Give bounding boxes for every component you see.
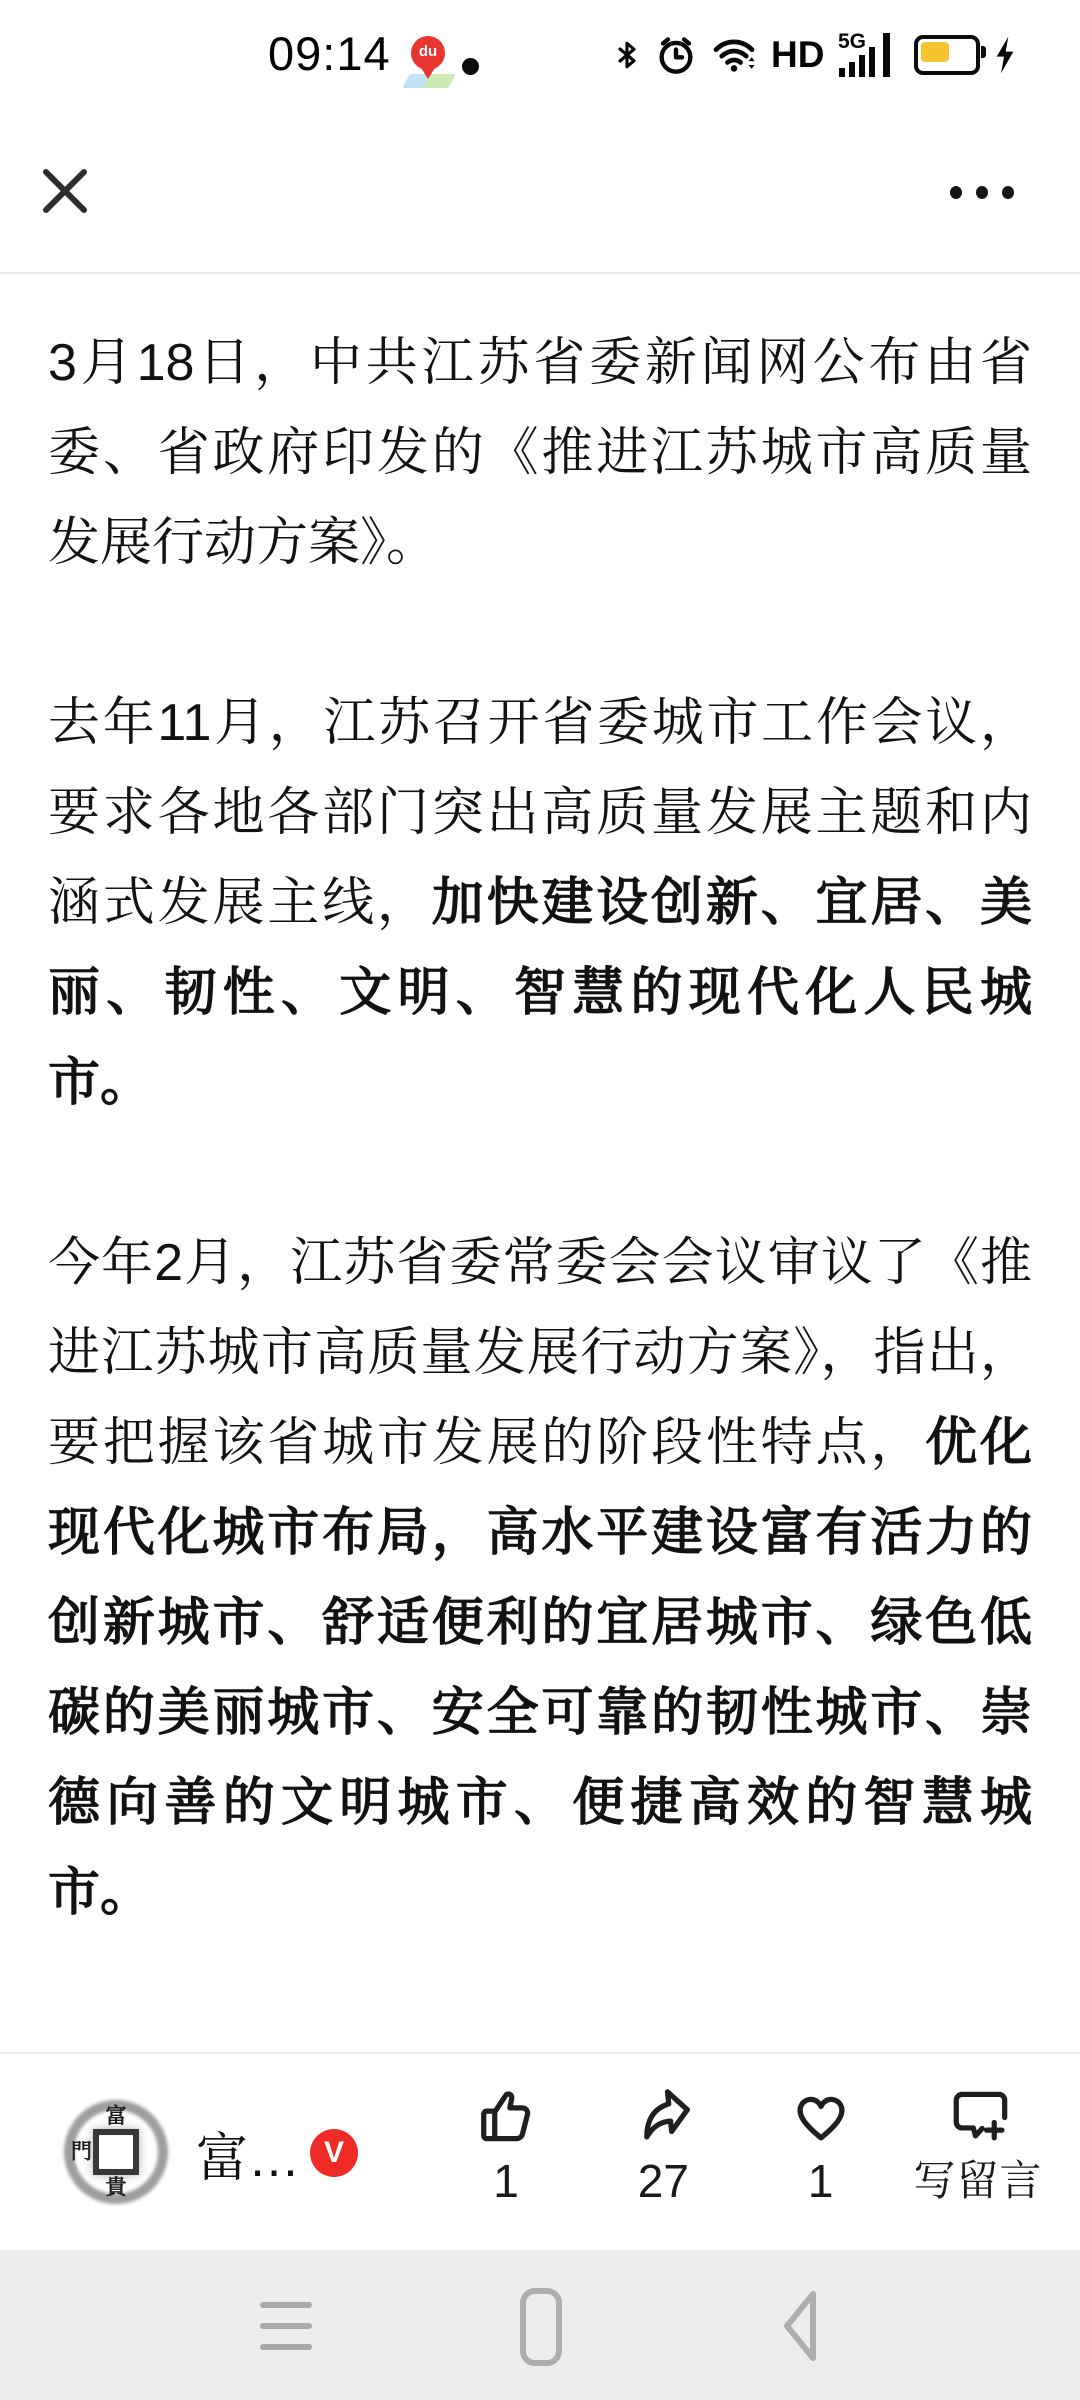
nav-menu-icon[interactable] — [260, 2302, 312, 2350]
nav-back-icon[interactable] — [778, 2288, 822, 2364]
share-button[interactable]: 27 — [589, 2082, 737, 2207]
notification-dot-icon — [462, 58, 479, 75]
avatar-char-bottom: 貴 — [106, 2177, 127, 2198]
battery-icon — [914, 35, 980, 75]
avatar-char-left: 門 — [71, 2142, 92, 2163]
thumbs-up-icon — [473, 2082, 539, 2148]
action-buttons: 1 27 1 写留言 — [432, 2082, 1052, 2207]
system-nav-bar — [0, 2250, 1080, 2400]
share-arrow-icon — [630, 2082, 696, 2148]
phone-screen: 09:14 du HD 5G — [0, 0, 1080, 2400]
account-avatar[interactable]: 富 門 貴 — [62, 2098, 170, 2206]
nav-home-icon[interactable] — [520, 2288, 562, 2366]
like-count: 1 — [432, 2156, 580, 2207]
wifi-icon — [710, 32, 758, 78]
avatar-char-top: 富 — [106, 2106, 127, 2127]
article-paragraph: 今年2月，江苏省委常委会会议审议了《推进江苏城市高质量发展行动方案》，指出，要把… — [48, 1218, 1032, 1938]
status-icons: HD 5G — [612, 28, 1017, 82]
article-paragraph: 3月18日，中共江苏省委新闻网公布由省委、省政府印发的《推进江苏城市高质量发展行… — [48, 318, 1032, 588]
account-name[interactable]: 富… — [196, 2116, 300, 2191]
heart-icon — [788, 2082, 854, 2148]
status-bar: 09:14 du HD 5G — [0, 0, 1080, 92]
hd-indicator: HD — [771, 34, 824, 76]
comment-button[interactable]: 写留言 — [904, 2082, 1052, 2207]
baidu-map-pin-icon: du — [406, 36, 452, 90]
more-options-icon[interactable] — [950, 186, 1014, 199]
article-paragraph: 去年11月，江苏召开省委城市工作会议，要求各地各部门突出高质量发展主题和内涵式发… — [48, 678, 1032, 1128]
charging-bolt-icon — [993, 35, 1017, 75]
alarm-clock-icon — [655, 32, 697, 78]
5g-signal-icon: 5G — [837, 30, 901, 80]
like-button[interactable]: 1 — [432, 2082, 580, 2207]
signal-5g-label: 5G — [838, 30, 866, 53]
favorite-button[interactable]: 1 — [747, 2082, 895, 2207]
bottom-action-bar: 富 門 貴 富… V 1 27 — [0, 2052, 1080, 2250]
account-row[interactable]: 富… V — [196, 2054, 358, 2252]
write-comment-icon — [945, 2082, 1011, 2148]
close-icon[interactable] — [40, 166, 90, 216]
bluetooth-icon — [612, 32, 642, 78]
status-time: 09:14 — [268, 26, 391, 81]
avatar-square-hole — [93, 2129, 139, 2175]
favorite-count: 1 — [747, 2156, 895, 2207]
share-count: 27 — [589, 2156, 737, 2207]
comment-label: 写留言 — [904, 2158, 1052, 2204]
verified-badge: V — [310, 2129, 358, 2177]
article-body: 3月18日，中共江苏省委新闻网公布由省委、省政府印发的《推进江苏城市高质量发展行… — [0, 274, 1080, 2028]
